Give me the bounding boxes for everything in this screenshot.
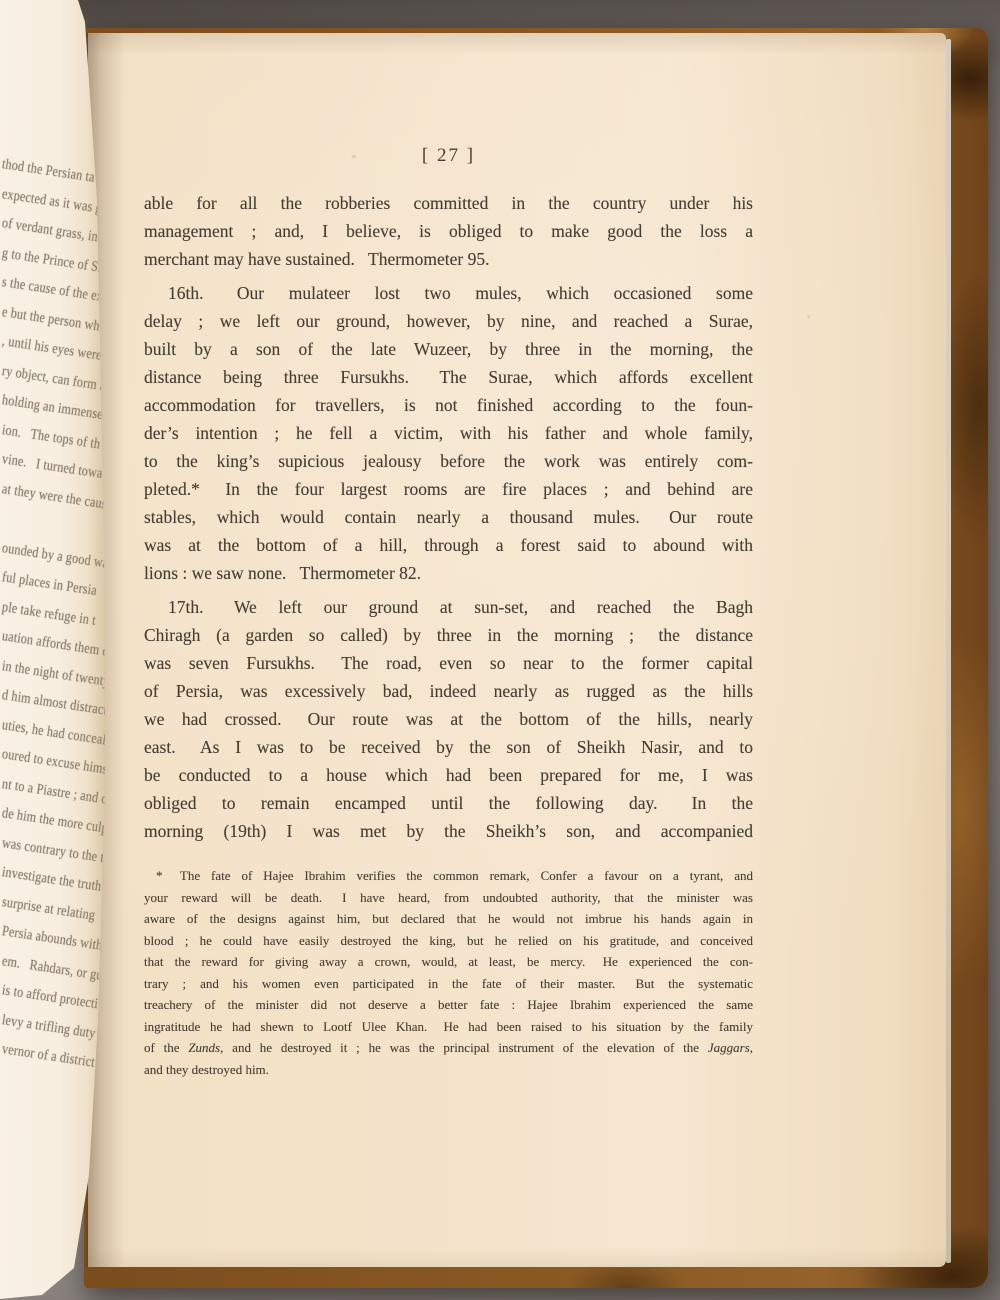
text-line: der’s intention ; he fell a victim, with… [144,419,753,447]
text-segment: , [750,1040,753,1055]
footnote-line: trary ; and his women even participated … [144,973,753,995]
text-line: morning (19th) I was met by the Sheikh’s… [144,817,753,845]
text-line: distance being three Fursukhs. The Surae… [144,363,753,391]
text-line: east. As I was to be received by the son… [144,733,753,761]
footnote-line: * The fate of Hajee Ibrahim verifies the… [144,865,753,887]
footnote-line: your reward will be death. I have heard,… [144,887,753,909]
footnote-line: blood ; he could have easily destroyed t… [144,930,753,952]
footnote-line: that the reward for giving away a crown,… [144,951,753,973]
footnote: * The fate of Hajee Ibrahim verifies the… [144,865,753,1080]
text-line: built by a son of the late Wuzeer, by th… [144,335,753,363]
text-segment: , and he destroyed it ; he was the princ… [220,1040,708,1055]
left-page-edge: thod the Persian ta expected as it was g… [0,0,108,1300]
footnote-line: ingratitude he had shewn to Lootf Ulee K… [144,1016,753,1038]
text-line: lions : we saw none. Thermometer 82. [144,559,753,587]
text-line: delay ; we left our ground, however, by … [144,307,753,335]
text-line: was seven Fursukhs. The road, even so ne… [144,649,753,677]
text-line: pleted.* In the four largest rooms are f… [144,475,753,503]
book-photo: [ 27 ] able for all the robberies commit… [0,0,1000,1300]
text-line: able for all the robberies committed in … [144,189,753,217]
text-line: 16th. Our mulateer lost two mules, which… [144,279,753,307]
text-line: accommodation for travellers, is not fin… [144,391,753,419]
text-line: of Persia, was excessively bad, indeed n… [144,677,753,705]
text-segment: Zunds [188,1040,220,1055]
text-line: merchant may have sustained. Thermometer… [144,245,753,273]
footnote-line: aware of the designs against him, but de… [144,908,753,930]
text-line: stables, which would contain nearly a th… [144,503,753,531]
text-line: Chiragh (a garden so called) by three in… [144,621,753,649]
text-line: obliged to remain encamped until the fol… [144,789,753,817]
text-line: we had crossed. Our route was at the bot… [144,705,753,733]
text-line: was at the bottom of a hill, through a f… [144,531,753,559]
book-page: [ 27 ] able for all the robberies commit… [88,33,946,1267]
text-line: to the king’s supicious jealousy before … [144,447,753,475]
text-segment: of the [144,1040,188,1055]
footnote-line: and they destroyed him. [144,1059,753,1081]
footnote-line: of the Zunds, and he destroyed it ; he w… [144,1037,753,1059]
text-line: be conducted to a house which had been p… [144,761,753,789]
footnote-line: treachery of the minister did not deserv… [144,994,753,1016]
text-line: 17th. We left our ground at sun-set, and… [144,593,753,621]
text-line: management ; and, I believe, is obliged … [144,217,753,245]
text-segment: Jaggars [708,1040,750,1055]
page-number: [ 27 ] [144,145,753,167]
body-text: able for all the robberies committed in … [144,189,753,845]
